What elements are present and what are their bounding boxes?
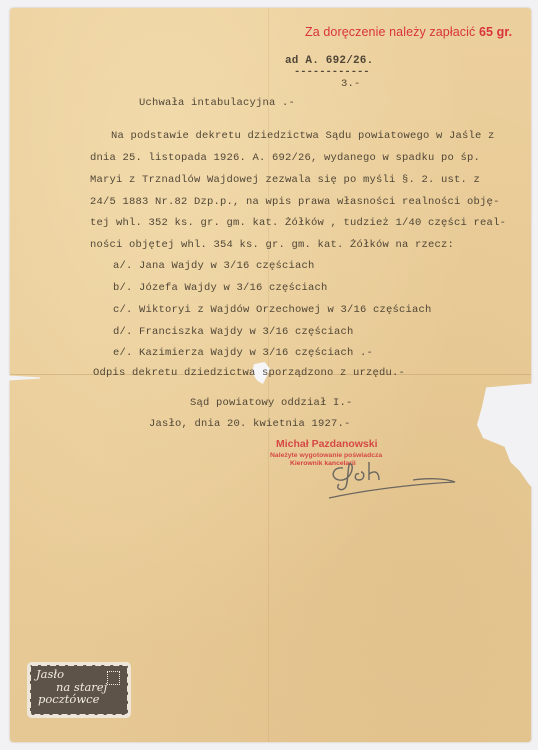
closing-line: Odpis dekretu dziedzictwa sporządzono z … [93,367,405,379]
body-line: Maryi z Trznadlów Wajdowej zezwala się p… [90,174,480,186]
fee-stamp-text: Za doręczenie należy zapłacić [305,25,475,39]
heir-item: c/. Wiktoryi z Wajdów Orzechowej w 3/16 … [113,304,432,316]
handwritten-signature-icon [325,458,460,503]
watermark-line-1: Jasło [36,668,116,681]
court-name: Sąd powiatowy oddział I.- [190,397,353,409]
reference-underline: ------------ [294,66,370,78]
place-date: Jasło, dnia 20. kwietnia 1927.- [149,418,351,430]
heir-item: d/. Franciszka Wajdy w 3/16 częściach [113,326,354,338]
body-line: ności objętej whl. 354 ks. gr. gm. kat. … [90,239,454,251]
heir-item: b/. Józefa Wajdy w 3/16 częściach [113,282,328,294]
fee-stamp: Za doręczenie należy zapłacić 65 gr. [305,25,512,39]
stamp-name: Michał Pazdanowski [276,438,382,450]
watermark-line-3: pocztówce [36,693,116,706]
page-number: 3.- [341,78,361,90]
body-line: Na podstawie dekretu dziedzictwa Sądu po… [111,130,495,142]
watermark-text: Jasło na starej pocztówce [36,668,116,706]
heir-item: e/. Kazimierza Wajdy w 3/16 częściach .- [113,347,373,359]
body-line: 24/5 1883 Nr.82 Dzp.p., na wpis prawa wł… [90,196,500,208]
postage-stamp-icon [107,671,120,685]
document-title: Uchwała intabulacyjna .- [139,97,295,109]
fee-stamp-amount: 65 gr. [479,25,512,39]
heir-item: a/. Jana Wajdy w 3/16 częściach [113,260,315,272]
body-line: tej whl. 352 ks. gr. gm. kat. Żółków , t… [90,217,506,229]
body-line: dnia 25. listopada 1926. A. 692/26, wyda… [90,152,480,164]
watermark-logo: Jasło na starej pocztówce [30,665,128,715]
